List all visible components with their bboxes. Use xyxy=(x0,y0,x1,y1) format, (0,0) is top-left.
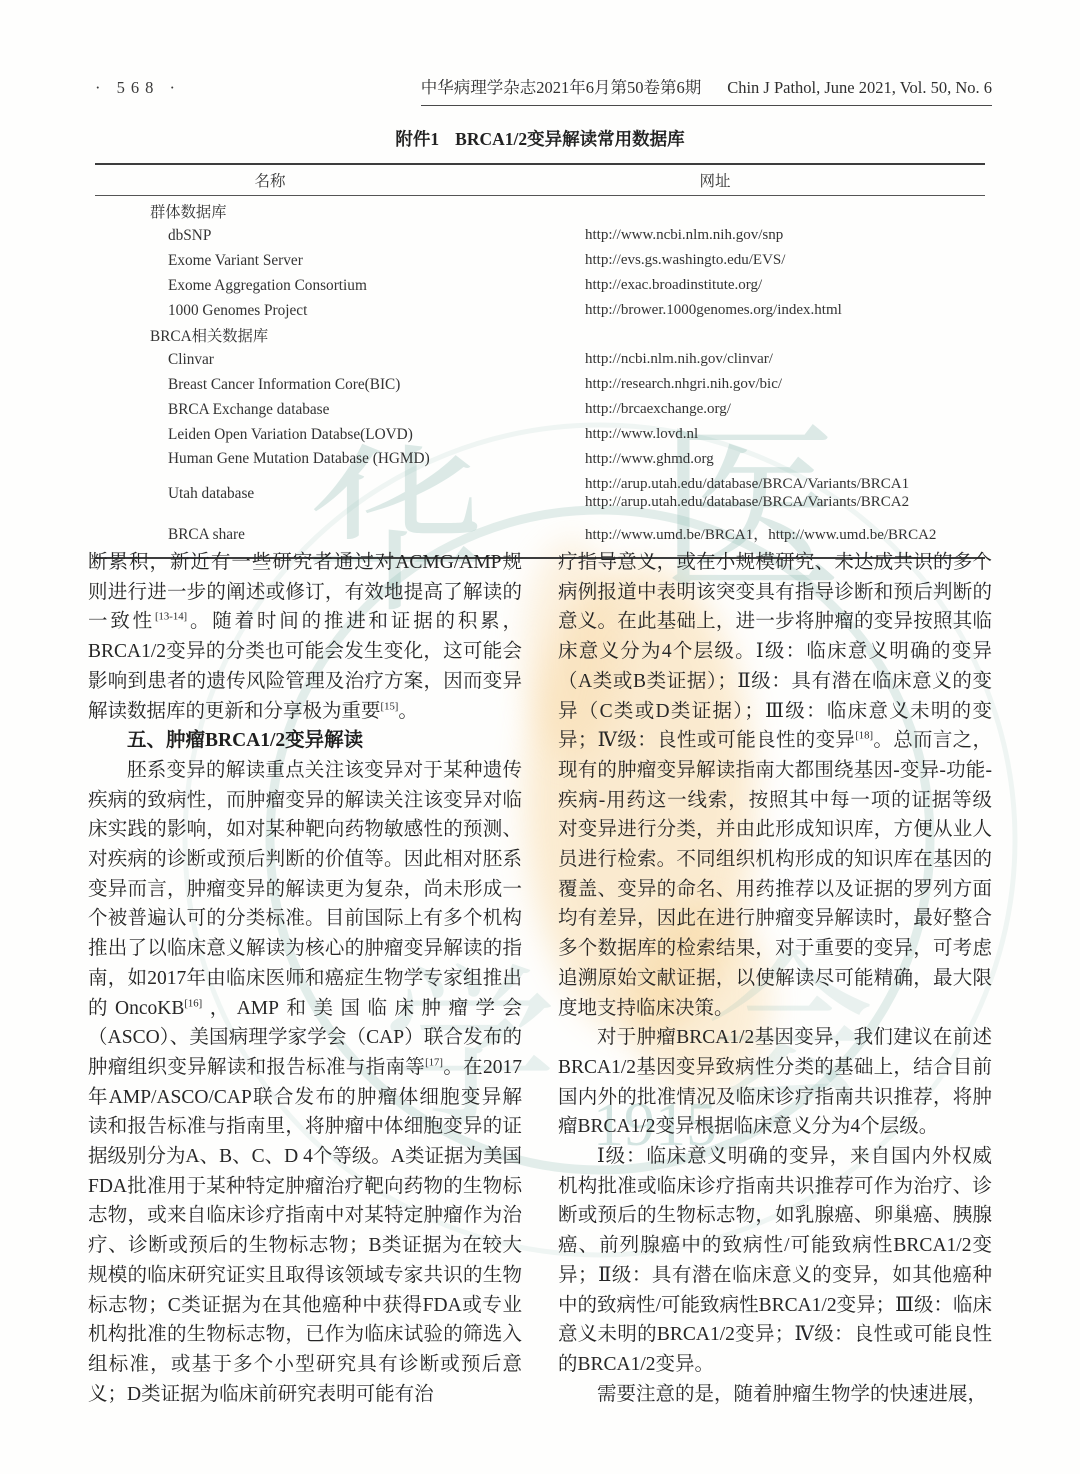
url-line: http://www.ncbi.nlm.nih.gov/snp xyxy=(585,227,985,245)
body-paragraph: Ⅰ级：临床意义明确的变异，来自国内外权威机构批准或临床诊疗指南共识推荐可作为治疗… xyxy=(558,1142,992,1380)
database-url: http://brcaexchange.org/ xyxy=(585,401,985,419)
database-name: Exome Variant Server xyxy=(95,252,585,270)
table-row: Human Gene Mutation Database (HGMD)http:… xyxy=(95,447,985,472)
table-title-prefix: 附件1 xyxy=(395,129,439,149)
database-name: 群体数据库 xyxy=(95,200,585,222)
database-url: http://arup.utah.edu/database/BRCA/Varia… xyxy=(585,476,985,511)
journal-title-line: 中华病理学杂志2021年6月第50卷第6期Chin J Pathol, June… xyxy=(421,74,992,106)
table-title-text: BRCA1/2变异解读常用数据库 xyxy=(455,129,684,149)
column-header-url: 网址 xyxy=(445,169,985,191)
database-name: BRCA Exchange database xyxy=(95,401,585,419)
database-url: http://www.umd.be/BRCA1，http://www.umd.b… xyxy=(585,527,985,545)
database-name: BRCA相关数据库 xyxy=(95,324,585,346)
url-line: http://arup.utah.edu/database/BRCA/Varia… xyxy=(585,494,985,512)
database-name: Utah database xyxy=(95,485,585,503)
table-row: Exome Aggregation Consortiumhttp://exac.… xyxy=(95,273,985,298)
database-name: Clinvar xyxy=(95,351,585,369)
url-line: http://exac.broadinstitute.org/ xyxy=(585,277,985,295)
database-name: BRCA share xyxy=(95,526,585,544)
body-column-right: 疗指导意义，或在小规模研究、未达成共识的多个病例报道中表明该突变具有指导诊断和预… xyxy=(558,548,992,1409)
table-row: Leiden Open Variation Databse(LOVD)http:… xyxy=(95,422,985,447)
url-line: http://evs.gs.washingto.edu/EVS/ xyxy=(585,252,985,270)
database-url: http://www.lovd.nl xyxy=(585,426,985,444)
body-paragraph: 需要注意的是，随着肿瘤生物学的快速进展， xyxy=(558,1380,992,1410)
database-name: Leiden Open Variation Databse(LOVD) xyxy=(95,426,585,444)
body-paragraph: 胚系变异的解读重点关注该变异对于某种遗传疾病的致病性，而肿瘤变异的解读关注该变异… xyxy=(88,756,522,1409)
table-row: Clinvarhttp://ncbi.nlm.nih.gov/clinvar/ xyxy=(95,348,985,373)
body-column-left: 断累积，新近有一些研究者通过对ACMG/AMP规则进行进一步的阐述或修订，有效地… xyxy=(88,548,522,1409)
url-line: http://research.nhgri.nih.gov/bic/ xyxy=(585,376,985,394)
table-header-row: 名称 网址 xyxy=(95,163,985,196)
table-row: 1000 Genomes Projecthttp://brower.1000ge… xyxy=(95,298,985,323)
url-line: http://arup.utah.edu/database/BRCA/Varia… xyxy=(585,476,985,494)
table-row: Utah databasehttp://arup.utah.edu/databa… xyxy=(95,472,985,516)
database-url: http://ncbi.nlm.nih.gov/clinvar/ xyxy=(585,351,985,369)
column-header-name: 名称 xyxy=(95,169,445,191)
page-number: · 568 · xyxy=(95,78,181,98)
url-line: http://ncbi.nlm.nih.gov/clinvar/ xyxy=(585,351,985,369)
table-row: 群体数据库 xyxy=(95,199,985,224)
citation-superscript: [16] xyxy=(184,997,202,1009)
url-line: http://www.umd.be/BRCA1，http://www.umd.b… xyxy=(585,527,985,545)
database-url: http://exac.broadinstitute.org/ xyxy=(585,277,985,295)
database-url: http://brower.1000genomes.org/index.html xyxy=(585,302,985,320)
page-header: · 568 · 中华病理学杂志2021年6月第50卷第6期Chin J Path… xyxy=(0,74,1080,108)
citation-superscript: [18] xyxy=(855,730,873,742)
journal-title-cn: 中华病理学杂志2021年6月第50卷第6期 xyxy=(421,78,702,97)
section-heading: 五、肿瘤BRCA1/2变异解读 xyxy=(88,726,522,756)
body-paragraph: 疗指导意义，或在小规模研究、未达成共识的多个病例报道中表明该突变具有指导诊断和预… xyxy=(558,548,992,1023)
database-name: dbSNP xyxy=(95,227,585,245)
body-paragraph: 断累积，新近有一些研究者通过对ACMG/AMP规则进行进一步的阐述或修订，有效地… xyxy=(88,548,522,726)
body-paragraph: 对于肿瘤BRCA1/2基因变异，我们建议在前述BRCA1/2基因变异致病性分类的… xyxy=(558,1023,992,1142)
url-line: http://www.lovd.nl xyxy=(585,426,985,444)
table-body: 群体数据库dbSNPhttp://www.ncbi.nlm.nih.gov/sn… xyxy=(95,196,985,559)
database-url: http://research.nhgri.nih.gov/bic/ xyxy=(585,376,985,394)
url-line: http://brower.1000genomes.org/index.html xyxy=(585,302,985,320)
journal-page: 华 医 学 会 1915 · 568 · 中华病理学杂志2021年6月第50卷第… xyxy=(0,0,1080,1474)
table-row: BRCA Exchange databasehttp://brcaexchang… xyxy=(95,397,985,422)
database-name: Exome Aggregation Consortium xyxy=(95,277,585,295)
table-row: Breast Cancer Information Core(BIC)http:… xyxy=(95,373,985,398)
journal-title-en: Chin J Pathol, June 2021, Vol. 50, No. 6 xyxy=(727,78,992,97)
database-url: http://www.ghmd.org xyxy=(585,451,985,469)
citation-superscript: [15] xyxy=(381,700,399,712)
url-line: http://brcaexchange.org/ xyxy=(585,401,985,419)
database-url: http://evs.gs.washingto.edu/EVS/ xyxy=(585,252,985,270)
table-row: dbSNPhttp://www.ncbi.nlm.nih.gov/snp xyxy=(95,224,985,249)
appendix-table: 附件1BRCA1/2变异解读常用数据库 名称 网址 群体数据库dbSNPhttp… xyxy=(95,126,985,559)
database-name: Breast Cancer Information Core(BIC) xyxy=(95,376,585,394)
citation-superscript: [17] xyxy=(425,1056,443,1068)
table-row: BRCA sharehttp://www.umd.be/BRCA1，http:/… xyxy=(95,516,985,551)
table-row: BRCA相关数据库 xyxy=(95,323,985,348)
database-url: http://www.ncbi.nlm.nih.gov/snp xyxy=(585,227,985,245)
table-row: Exome Variant Serverhttp://evs.gs.washin… xyxy=(95,249,985,274)
table-title: 附件1BRCA1/2变异解读常用数据库 xyxy=(95,126,985,151)
database-name: 1000 Genomes Project xyxy=(95,302,585,320)
database-name: Human Gene Mutation Database (HGMD) xyxy=(95,450,585,468)
citation-superscript: [13-14] xyxy=(155,611,187,623)
url-line: http://www.ghmd.org xyxy=(585,451,985,469)
